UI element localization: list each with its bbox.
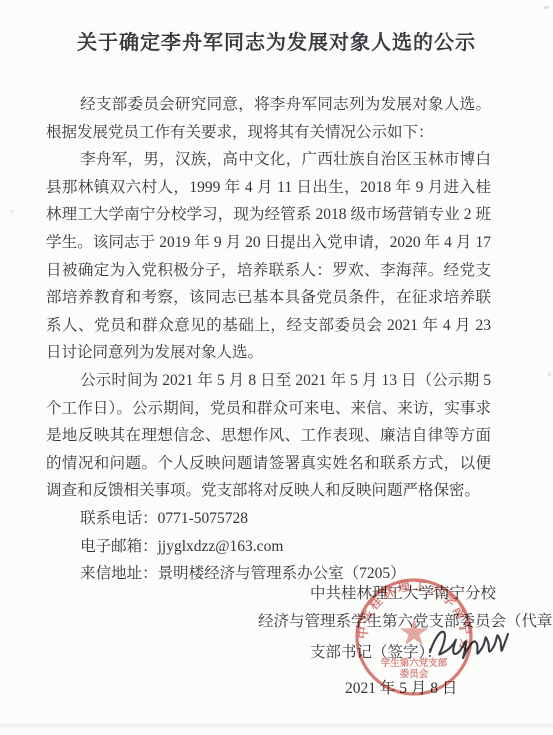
scan-artifact bbox=[544, 6, 549, 9]
paragraph-intro: 经支部委员会研究同意，将李舟军同志列为发展对象人选。根据发展党员工作有关要求，现… bbox=[46, 91, 491, 146]
stamp-inner-text-line1: 学生第六党支部 bbox=[381, 657, 448, 669]
phone-value: 0771-5075728 bbox=[158, 510, 248, 527]
official-seal-stamp-icon: 中共桂林理工大学南宁分校经济与管理系 学生第六党支部 委员会 bbox=[351, 576, 477, 700]
stamp-arc-text: 中共桂林理工大学南宁分校经济与管理系 bbox=[351, 576, 473, 655]
scan-edge-shadow bbox=[0, 724, 553, 727]
svg-text:中共桂林理工大学南宁分校经济与管理系: 中共桂林理工大学南宁分校经济与管理系 bbox=[351, 576, 473, 655]
star-icon bbox=[400, 618, 429, 645]
contact-email-line: 电子邮箱：jjyglxdzz@163.com bbox=[46, 533, 491, 561]
notice-body: 经支部委员会研究同意，将李舟军同志列为发展对象人选。根据发展党员工作有关要求，现… bbox=[46, 91, 491, 588]
email-value: jjyglxdzz@163.com bbox=[158, 538, 284, 555]
page-title: 关于确定李舟军同志为发展对象人选的公示 bbox=[0, 26, 553, 55]
paragraph-candidate-info: 李舟军，男，汉族，高中文化，广西壮族自治区玉林市博白县那林镇双六村人，1999 … bbox=[46, 146, 491, 367]
phone-label: 联系电话： bbox=[80, 510, 158, 527]
paragraph-publicity-period: 公示时间为 2021 年 5 月 8 日至 2021 年 5 月 13 日（公示… bbox=[46, 367, 491, 505]
address-label: 来信地址： bbox=[80, 565, 158, 582]
scan-artifact bbox=[10, 210, 13, 213]
scan-artifact bbox=[548, 372, 551, 377]
contact-phone-line: 联系电话：0771-5075728 bbox=[46, 505, 491, 533]
stamp-inner-text-line2: 委员会 bbox=[400, 668, 429, 680]
scanned-notice-page: 关于确定李舟军同志为发展对象人选的公示 经支部委员会研究同意，将李舟军同志列为发… bbox=[0, 0, 553, 735]
email-label: 电子邮箱： bbox=[80, 538, 158, 555]
